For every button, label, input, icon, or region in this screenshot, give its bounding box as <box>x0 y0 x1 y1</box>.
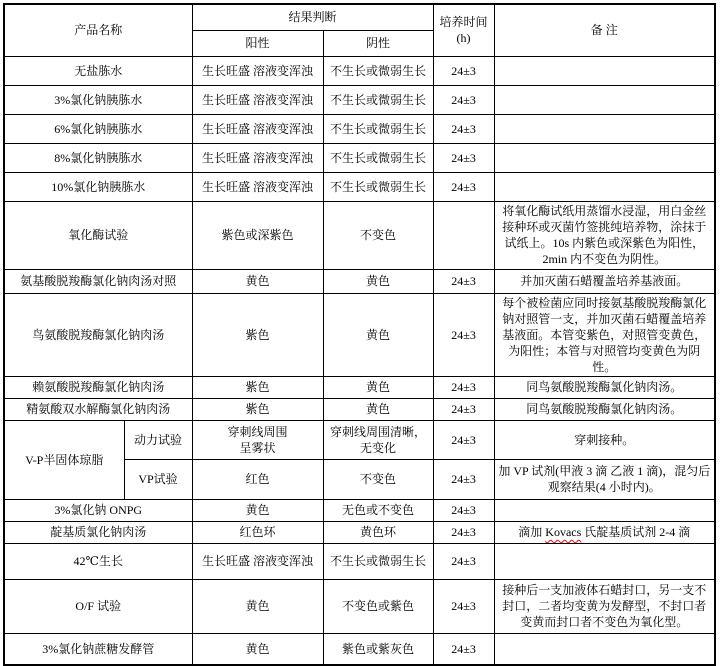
product-name-cell: 赖氨酸脱羧酶氯化钠肉汤 <box>4 376 192 398</box>
product-name-cell: 3%氯化钠胰胨水 <box>4 85 192 114</box>
table-row: 6%氯化钠胰胨水 生长旺盛 溶液变浑浊 不生长或微弱生长 24±3 <box>4 114 715 143</box>
table-row: 氧化酶试验 紫色或深紫色 不变色 将氧化酶试纸用蒸馏水浸湿，用白金丝接种环或灭菌… <box>4 201 715 269</box>
table-row: 3%氯化钠胰胨水 生长旺盛 溶液变浑浊 不生长或微弱生长 24±3 <box>4 85 715 114</box>
remark-cell <box>494 143 715 172</box>
negative-cell: 不生长或微弱生长 <box>323 56 433 85</box>
remark-cell <box>494 56 715 85</box>
remark-cell: 每个被检菌应同时接氨基酸脱羧酶氯化钠对照管一支，并加灭菌石蜡覆盖培养基液面。本管… <box>494 293 715 376</box>
time-cell: 24±3 <box>433 376 494 398</box>
table-row: 3%氯化钠 ONPG 黄色 无色或不变色 24±3 <box>4 499 715 521</box>
negative-cell: 不变色 <box>323 201 433 269</box>
time-cell: 24±3 <box>433 543 494 579</box>
table-row: O/F 试验 黄色 不变色或紫色 24±3 接种后一支加液体石蜡封口，另一支不封… <box>4 579 715 633</box>
table-row: 无盐胨水 生长旺盛 溶液变浑浊 不生长或微弱生长 24±3 <box>4 56 715 85</box>
negative-cell: 不生长或微弱生长 <box>323 85 433 114</box>
table-row: 鸟氨酸脱羧酶氯化钠肉汤 紫色 黄色 24±3 每个被检菌应同时接氨基酸脱羧酶氯化… <box>4 293 715 376</box>
product-name-cell: 靛基质氯化钠肉汤 <box>4 521 192 543</box>
negative-cell: 紫色或紫灰色 <box>323 633 433 665</box>
negative-cell: 不生长或微弱生长 <box>323 143 433 172</box>
product-name-cell: 6%氯化钠胰胨水 <box>4 114 192 143</box>
time-cell: 24±3 <box>433 459 494 499</box>
product-name-cell: 8%氯化钠胰胨水 <box>4 143 192 172</box>
time-cell: 24±3 <box>433 521 494 543</box>
table-row: 8%氯化钠胰胨水 生长旺盛 溶液变浑浊 不生长或微弱生长 24±3 <box>4 143 715 172</box>
time-cell: 24±3 <box>433 172 494 201</box>
header-result-judgment: 结果判断 <box>192 4 433 30</box>
time-cell: 24±3 <box>433 293 494 376</box>
positive-cell: 生长旺盛 溶液变浑浊 <box>192 85 323 114</box>
sub-test-name-cell: VP试验 <box>124 459 192 499</box>
time-cell: 24±3 <box>433 398 494 420</box>
positive-cell: 穿刺线周围 呈雾状 <box>192 420 323 459</box>
negative-cell: 不生长或微弱生长 <box>323 543 433 579</box>
positive-cell: 生长旺盛 溶液变浑浊 <box>192 56 323 85</box>
product-name-cell: O/F 试验 <box>4 579 192 633</box>
product-name-cell: 鸟氨酸脱羧酶氯化钠肉汤 <box>4 293 192 376</box>
positive-cell: 红色环 <box>192 521 323 543</box>
product-name-cell: 42℃生长 <box>4 543 192 579</box>
header-remark: 备 注 <box>494 4 715 56</box>
header-negative: 阴性 <box>323 30 433 56</box>
remark-cell: 并加灭菌石蜡覆盖培养基液面。 <box>494 269 715 293</box>
negative-cell: 黄色 <box>323 269 433 293</box>
time-cell: 24±3 <box>433 420 494 459</box>
product-name-cell: 3%氯化钠蔗糖发酵管 <box>4 633 192 665</box>
positive-cell: 红色 <box>192 459 323 499</box>
remark-cell: 接种后一支加液体石蜡封口，另一支不封口，二者均变黄为发酵型，不封口者变黄而封口者… <box>494 579 715 633</box>
remark-cell: 同鸟氨酸脱羧酶氯化钠肉汤。 <box>494 376 715 398</box>
product-name-cell: 精氨酸双水解酶氯化钠肉汤 <box>4 398 192 420</box>
negative-cell: 不生长或微弱生长 <box>323 172 433 201</box>
remark-cell: 穿刺接种。 <box>494 420 715 459</box>
remark-cell <box>494 543 715 579</box>
product-name-cell: 氧化酶试验 <box>4 201 192 269</box>
negative-cell: 不生长或微弱生长 <box>323 114 433 143</box>
time-cell: 24±3 <box>433 56 494 85</box>
positive-cell: 紫色 <box>192 398 323 420</box>
product-name-cell: 3%氯化钠 ONPG <box>4 499 192 521</box>
table-row: 精氨酸双水解酶氯化钠肉汤 紫色 黄色 24±3 同鸟氨酸脱羧酶氯化钠肉汤。 <box>4 398 715 420</box>
remark-cell <box>494 172 715 201</box>
test-results-table: 产品名称 结果判断 培养时间 (h) 备 注 阳性 阴性 无盐胨水 生长旺盛 溶… <box>3 3 716 666</box>
negative-cell: 无色或不变色 <box>323 499 433 521</box>
negative-cell: 黄色 <box>323 376 433 398</box>
vp-group-label-cell: V-P半固体琼脂 <box>4 420 124 499</box>
positive-cell: 黄色 <box>192 269 323 293</box>
negative-cell: 不变色 <box>323 459 433 499</box>
remark-cell: 加 VP 试剂(甲液 3 滴 乙液 1 滴)，混匀后观察结果(4 小时内)。 <box>494 459 715 499</box>
remark-cell: 将氧化酶试纸用蒸馏水浸湿，用白金丝接种环或灭菌竹签挑纯培养物，涂抹于试纸上。10… <box>494 201 715 269</box>
header-culture-time: 培养时间 (h) <box>433 4 494 56</box>
time-cell <box>433 201 494 269</box>
table-row: 靛基质氯化钠肉汤 红色环 黄色环 24±3 滴加 Kovacs 氏靛基质试剂 2… <box>4 521 715 543</box>
product-name-cell: 氨基酸脱羧酶氯化钠肉汤对照 <box>4 269 192 293</box>
time-cell: 24±3 <box>433 85 494 114</box>
time-cell: 24±3 <box>433 114 494 143</box>
table-row: 赖氨酸脱羧酶氯化钠肉汤 紫色 黄色 24±3 同鸟氨酸脱羧酶氯化钠肉汤。 <box>4 376 715 398</box>
positive-cell: 黄色 <box>192 633 323 665</box>
time-cell: 24±3 <box>433 499 494 521</box>
sub-test-name-cell: 动力试验 <box>124 420 192 459</box>
negative-cell: 穿刺线周围清晰， 无变化 <box>323 420 433 459</box>
misspelled-word: Kovacs <box>545 525 581 539</box>
remark-text: 氏靛基质试剂 2-4 滴 <box>581 525 690 539</box>
header-positive: 阳性 <box>192 30 323 56</box>
header-row-1: 产品名称 结果判断 培养时间 (h) 备 注 <box>4 4 715 30</box>
header-product-name: 产品名称 <box>4 4 192 56</box>
remark-text: 滴加 <box>518 525 545 539</box>
positive-cell: 黄色 <box>192 499 323 521</box>
table-row: 3%氯化钠蔗糖发酵管 黄色 紫色或紫灰色 24±3 <box>4 633 715 665</box>
time-cell: 24±3 <box>433 579 494 633</box>
remark-cell <box>494 114 715 143</box>
positive-cell: 生长旺盛 溶液变浑浊 <box>192 143 323 172</box>
remark-cell <box>494 85 715 114</box>
table-row: 10%氯化钠胰胨水 生长旺盛 溶液变浑浊 不生长或微弱生长 24±3 <box>4 172 715 201</box>
positive-cell: 生长旺盛 溶液变浑浊 <box>192 172 323 201</box>
product-name-cell: 10%氯化钠胰胨水 <box>4 172 192 201</box>
time-cell: 24±3 <box>433 633 494 665</box>
negative-cell: 黄色 <box>323 293 433 376</box>
negative-cell: 黄色 <box>323 398 433 420</box>
remark-cell <box>494 633 715 665</box>
remark-cell: 同鸟氨酸脱羧酶氯化钠肉汤。 <box>494 398 715 420</box>
document-page: 产品名称 结果判断 培养时间 (h) 备 注 阳性 阴性 无盐胨水 生长旺盛 溶… <box>0 0 721 655</box>
table-row: V-P半固体琼脂 动力试验 穿刺线周围 呈雾状 穿刺线周围清晰， 无变化 24±… <box>4 420 715 459</box>
positive-cell: 紫色 <box>192 376 323 398</box>
positive-cell: 生长旺盛 溶液变浑浊 <box>192 114 323 143</box>
remark-cell <box>494 499 715 521</box>
positive-cell: 紫色 <box>192 293 323 376</box>
time-cell: 24±3 <box>433 143 494 172</box>
positive-cell: 紫色或深紫色 <box>192 201 323 269</box>
time-cell: 24±3 <box>433 269 494 293</box>
remark-cell: 滴加 Kovacs 氏靛基质试剂 2-4 滴 <box>494 521 715 543</box>
table-row: 42℃生长 生长旺盛 溶液变浑浊 不生长或微弱生长 24±3 <box>4 543 715 579</box>
product-name-cell: 无盐胨水 <box>4 56 192 85</box>
table-row: 氨基酸脱羧酶氯化钠肉汤对照 黄色 黄色 24±3 并加灭菌石蜡覆盖培养基液面。 <box>4 269 715 293</box>
positive-cell: 黄色 <box>192 579 323 633</box>
positive-cell: 生长旺盛 溶液变浑浊 <box>192 543 323 579</box>
negative-cell: 黄色环 <box>323 521 433 543</box>
negative-cell: 不变色或紫色 <box>323 579 433 633</box>
